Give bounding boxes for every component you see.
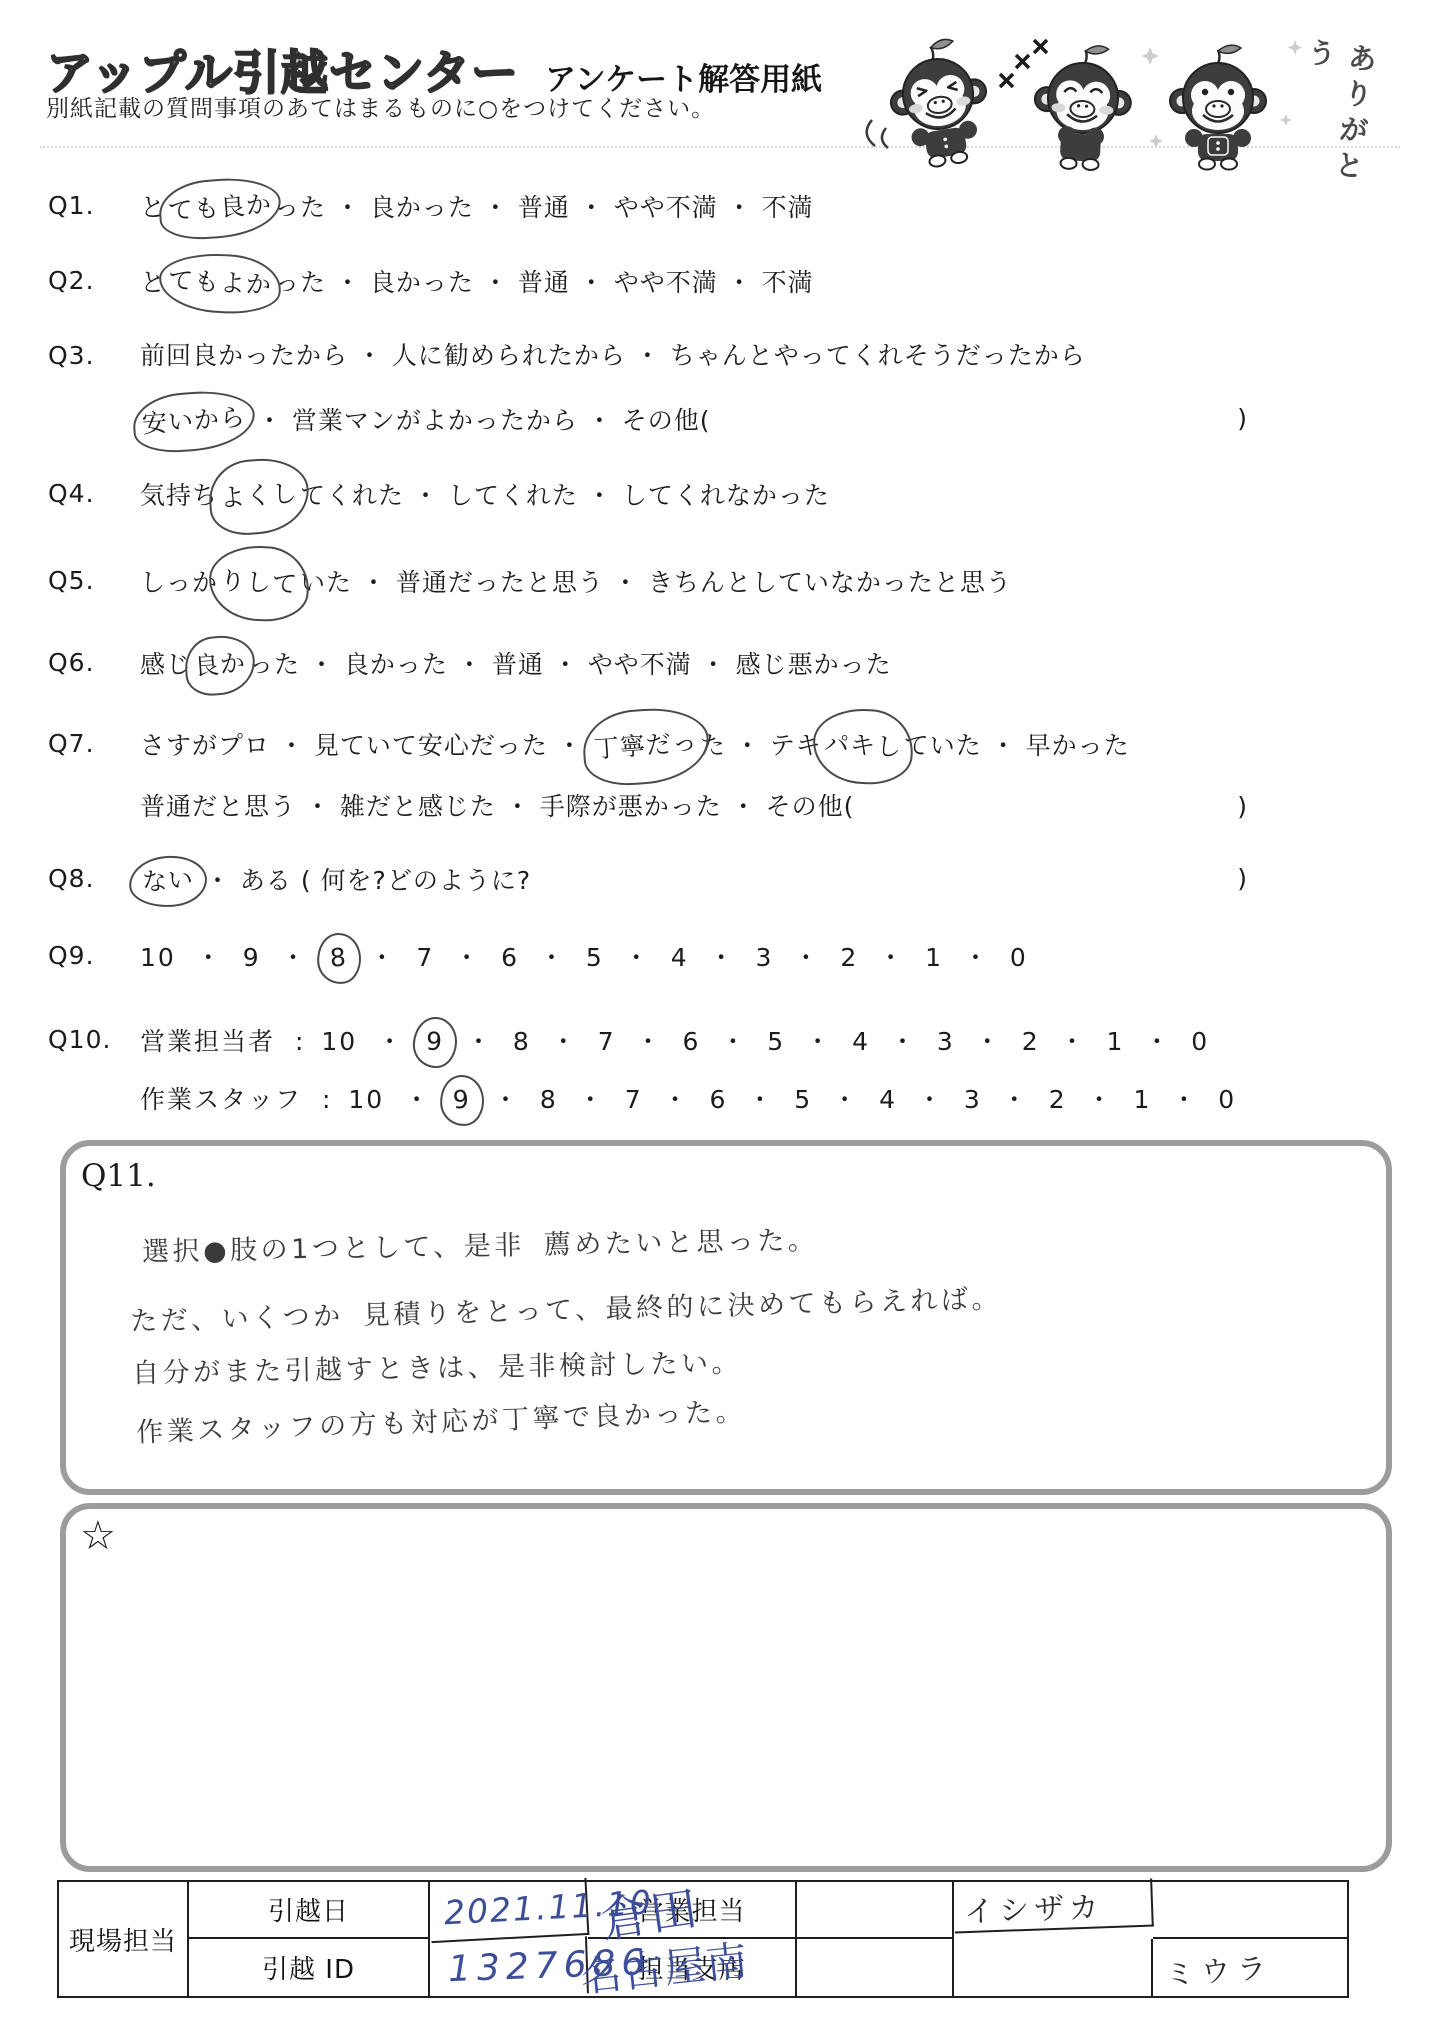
circled-answer: ても良か <box>157 175 283 242</box>
question-label: Q5. <box>48 565 140 598</box>
option-text: 前回良かったから ・ 人に勧められたから ・ ちゃんとやってくれそうだったから <box>140 340 1086 373</box>
closing-paren: ) <box>1237 863 1248 896</box>
question-row-q8: Q8. ない ・ ある ( 何を?どのように? ) <box>48 863 1248 900</box>
option-text: った ・ 良かった ・ 普通 ・ やや不満 ・ 感じ悪かった <box>248 650 892 679</box>
option-text: った ・ 良かった ・ 普通 ・ やや不満 ・ 不満 <box>274 268 814 297</box>
question-row-q4: Q4. 気持ちよくしてくれた ・ してくれた ・ してくれなかった <box>48 478 1248 515</box>
handwritten-comment-line: ただ、いくつか 見積りをとって、最終的に決めてもらえれば。 <box>130 1277 1003 1339</box>
question-row-q6: Q6. 感じ良かった ・ 良かった ・ 普通 ・ やや不満 ・ 感じ悪かった <box>48 647 1248 684</box>
scale-numbers: ・ 7 ・ 6 ・ 5 ・ 4 ・ 3 ・ 2 ・ 1 ・ 0 <box>349 943 1027 972</box>
option-text: 気持ち <box>140 481 218 510</box>
option-text: しっか <box>140 568 218 597</box>
q11-comment-box: Q11. 選択●肢の1つとして、是非 薦めたいと思った。 ただ、いくつか 見積り… <box>60 1140 1392 1495</box>
monkey-mascot-trio-icon <box>858 22 1308 182</box>
closing-paren: ) <box>1237 791 1248 824</box>
circled-answer: 良か <box>183 634 257 697</box>
scale-numbers: 10 ・ 9 ・ <box>140 943 328 972</box>
survey-answer-sheet: アップル引越センター アンケート解答用紙 別紙記載の質問事項のあてはまるものに○… <box>0 0 1433 2023</box>
cross-marks-icon <box>1000 40 1047 87</box>
question-row-q5: Q5. しっかりしていた ・ 普通だったと思う ・ きちんとしていなかったと思う <box>48 565 1248 602</box>
question-label: Q9. <box>48 940 140 973</box>
empty-cell <box>1153 1882 1347 1939</box>
option-text: た ・ テキ <box>700 731 822 760</box>
move-id-label: 引越 ID <box>189 1939 430 1996</box>
question-row-q7-line2: 普通だと思う ・ 雑だと感じた ・ 手際が悪かった ・ その他( ) <box>48 791 1248 824</box>
move-date-value: 2021.11.10 <box>429 1878 590 1943</box>
option-text: ・ ある ( 何を?どのように? <box>196 866 531 895</box>
question-label: Q10. <box>48 1024 140 1057</box>
extra-comment-box: ☆ <box>60 1503 1392 1872</box>
question-label: Q3. <box>48 340 140 373</box>
category-label: 営業担当者 : <box>140 1027 305 1056</box>
circled-answer: よくし <box>207 456 312 537</box>
branch-cell <box>797 1939 954 1996</box>
motion-lines-icon <box>867 120 888 148</box>
scale-numbers: ・ 8 ・ 7 ・ 6 ・ 5 ・ 4 ・ 3 ・ 2 ・ 1 ・ 0 <box>473 1085 1236 1114</box>
closing-paren: ) <box>1237 403 1248 436</box>
monkey-mascot-icon <box>1170 45 1266 169</box>
option-text: った ・ 良かった ・ 普通 ・ やや不満 ・ 不満 <box>274 193 814 222</box>
option-text: 普通だと思う ・ 雑だと感じた ・ 手際が悪かった ・ その他( <box>140 791 854 824</box>
field-rep-label: 現場担当 <box>59 1882 189 1996</box>
handwritten-comment-line: 選択●肢の1つとして、是非 薦めたいと思った。 <box>142 1218 819 1269</box>
question-row-q1: Q1. とても良かった ・ 良かった ・ 普通 ・ やや不満 ・ 不満 <box>48 190 1248 227</box>
field-rep-name-2: ミウラ <box>1151 1932 1349 2002</box>
question-label: Q8. <box>48 863 140 896</box>
star-icon: ☆ <box>80 1513 116 1559</box>
circled-answer: てもよか <box>158 251 283 316</box>
circled-answer: パキし <box>811 706 915 786</box>
question-row-q10-sales: Q10. 営業担当者 :10 ・ 9 ・ 8 ・ 7 ・ 6 ・ 5 ・ 4 ・… <box>48 1024 1248 1061</box>
question-row-q7-line1: Q7. さすがプロ ・ 見ていて安心だった ・ 丁寧だった ・ テキパキしていた… <box>48 728 1248 765</box>
handwritten-comment-line: 作業スタッフの方も対応が丁寧で良かった。 <box>136 1389 747 1449</box>
question-label: Q7. <box>48 728 140 761</box>
empty-cell <box>954 1939 1153 1996</box>
handwritten-comment-line: 自分がまた引越すときは、是非検討したい。 <box>132 1341 743 1391</box>
question-label: Q4. <box>48 478 140 511</box>
question-label: Q6. <box>48 647 140 680</box>
monkey-mascot-icon <box>882 34 996 172</box>
scale-numbers: ・ 8 ・ 7 ・ 6 ・ 5 ・ 4 ・ 3 ・ 2 ・ 1 ・ 0 <box>446 1027 1209 1056</box>
question-row-q2: Q2. とてもよかった ・ 良かった ・ 普通 ・ やや不満 ・ 不満 <box>48 265 1248 302</box>
scale-numbers: 10 ・ <box>348 1085 451 1114</box>
option-text: ・ 営業マンがよかったから ・ その他( <box>248 406 711 435</box>
category-label: 作業スタッフ : <box>140 1085 332 1114</box>
option-text: いた ・ 普通だったと思う ・ きちんとしていなかったと思う <box>300 568 1012 597</box>
circled-answer: 丁寧だっ <box>580 705 711 788</box>
option-text: ていた ・ 早かった <box>904 731 1130 760</box>
question-label: Q2. <box>48 265 140 298</box>
question-label: Q1. <box>48 190 140 223</box>
circled-answer: 安いから <box>131 388 257 455</box>
circled-answer: ない <box>127 853 208 909</box>
move-date-label: 引越日 <box>189 1882 430 1939</box>
option-text: 感じ <box>140 650 192 679</box>
field-rep-name-1: イシザカ <box>953 1879 1154 1934</box>
option-text: てくれた ・ してくれた ・ してくれなかった <box>300 481 830 510</box>
monkey-mascot-icon <box>1031 43 1133 172</box>
circled-score: 8 <box>315 932 362 985</box>
question-row-q10-staff: 作業スタッフ :10 ・ 9 ・ 8 ・ 7 ・ 6 ・ 5 ・ 4 ・ 3 ・… <box>48 1082 1248 1119</box>
move-id-value: 1327686 <box>429 1936 589 1998</box>
circled-score: 9 <box>412 1016 458 1069</box>
question-row-q3-line2: 安いから ・ 営業マンがよかったから ・ その他( ) <box>48 403 1248 440</box>
question-label: Q11. <box>81 1158 156 1194</box>
circled-answer: りして <box>207 543 311 623</box>
sales-rep-cell <box>797 1882 954 1939</box>
option-text: さすがプロ ・ 見ていて安心だった ・ <box>140 731 592 760</box>
instruction-text: 別紙記載の質問事項のあてはまるものに○をつけてください。 <box>46 90 715 123</box>
thanks-handwriting: ありがとう <box>1284 36 1384 195</box>
question-row-q9: Q9. 10 ・ 9 ・ 8 ・ 7 ・ 6 ・ 5 ・ 4 ・ 3 ・ 2 ・… <box>48 940 1248 977</box>
question-row-q3-line1: Q3. 前回良かったから ・ 人に勧められたから ・ ちゃんとやってくれそうだっ… <box>48 340 1248 373</box>
scale-numbers: 10 ・ <box>321 1027 424 1056</box>
circled-score: 9 <box>438 1074 485 1127</box>
